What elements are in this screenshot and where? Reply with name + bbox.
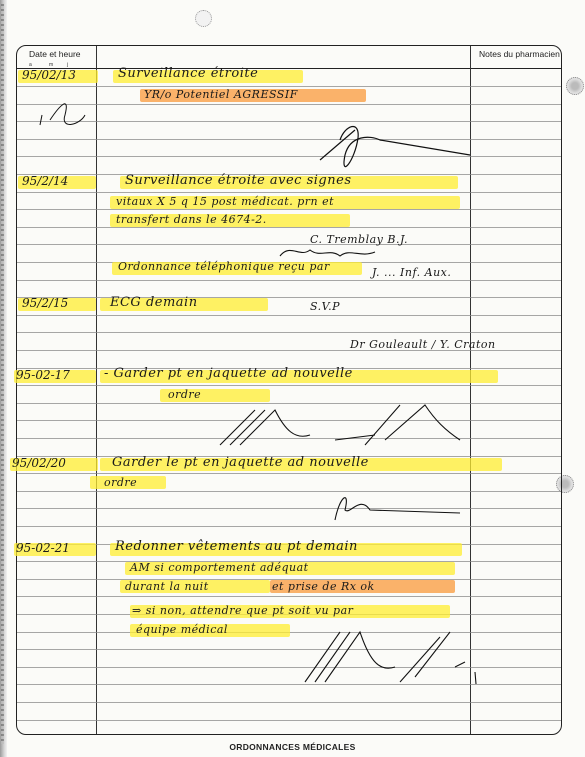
ruled-line — [17, 473, 561, 474]
nurse-initials — [30, 85, 90, 135]
punch-hole — [195, 10, 212, 27]
order-line: vitaux X 5 q 15 post médicat. prn et — [116, 195, 334, 208]
order-line: ECG demain — [110, 295, 198, 310]
ruled-line — [17, 209, 561, 210]
order-line: et prise de Rx ok — [272, 580, 375, 593]
ruled-line — [17, 526, 561, 527]
order-line: ordre — [168, 388, 201, 401]
entry-date: 95/2/15 — [22, 296, 68, 310]
order-line: Garder le pt en jaquette ad nouvelle — [112, 455, 369, 470]
received-by-signature: J. ... Inf. Aux. — [372, 266, 451, 279]
punch-hole — [566, 77, 584, 95]
entry-date: 95/02/20 — [12, 456, 66, 470]
ruled-line — [17, 86, 561, 87]
signature-text: Dr Gouleault / Y. Craton — [350, 338, 496, 351]
ruled-line — [17, 104, 561, 105]
order-line: équipe médical — [136, 623, 228, 636]
order-line: AM si comportement adéquat — [130, 561, 309, 574]
order-line: ⇒ si non, attendre que pt soit vu par — [132, 604, 353, 617]
entry-date: 95-02-17 — [16, 368, 70, 382]
ruled-line — [17, 720, 561, 721]
entry-date: 95/02/13 — [22, 68, 76, 82]
order-line: ordre — [104, 476, 137, 489]
order-line: Surveillance étroite avec signes — [125, 173, 352, 188]
order-line: - Garder pt en jaquette ad nouvelle — [104, 366, 353, 381]
physician-signature — [320, 485, 480, 525]
entry-date: 95/2/14 — [22, 174, 68, 188]
header-divider — [17, 68, 561, 69]
ruled-line — [17, 315, 561, 316]
form-title: ORDONNANCES MÉDICALES — [0, 742, 585, 752]
order-line: transfert dans le 4674-2. — [116, 213, 267, 226]
date-time-header: Date et heure — [29, 49, 81, 59]
order-line: S.V.P — [310, 300, 340, 313]
physician-signature — [300, 622, 480, 692]
physician-signature — [300, 110, 480, 180]
order-line: YR/o Potentiel AGRESSIF — [144, 88, 298, 101]
ruled-line — [17, 332, 561, 333]
entry-date: 95-02-21 — [16, 541, 70, 555]
ruled-line — [17, 297, 561, 298]
ruled-line — [17, 192, 561, 193]
ruled-line — [17, 280, 561, 281]
ruled-line — [17, 702, 561, 703]
telephone-order-note: Ordonnance téléphonique reçu par — [118, 260, 330, 273]
order-line: Surveillance étroite — [118, 66, 258, 81]
order-line: durant la nuit — [125, 580, 209, 593]
ruled-line — [17, 596, 561, 597]
order-line: Redonner vêtements au pt demain — [115, 539, 358, 554]
binder-edge — [0, 0, 7, 757]
ruled-line — [17, 385, 561, 386]
physician-signature — [215, 400, 475, 455]
pharmacist-notes-header: Notes du pharmacien — [479, 49, 560, 59]
